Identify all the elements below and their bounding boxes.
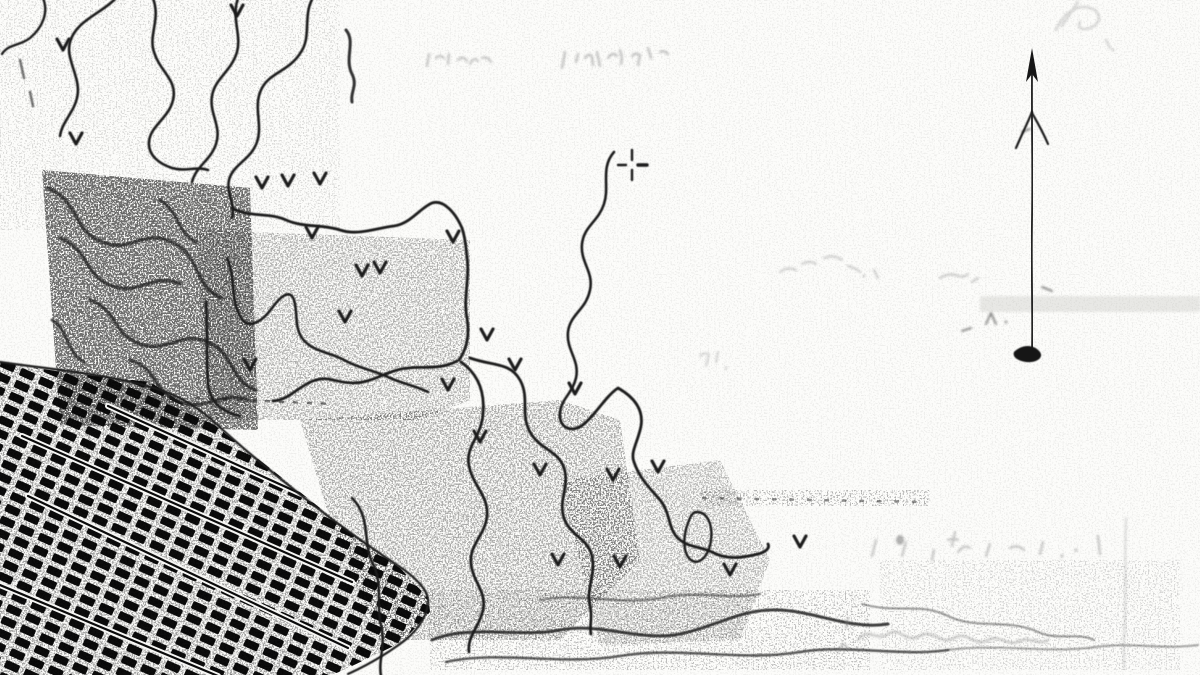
map-scan	[0, 0, 1200, 675]
map-scan-page	[0, 0, 1200, 675]
